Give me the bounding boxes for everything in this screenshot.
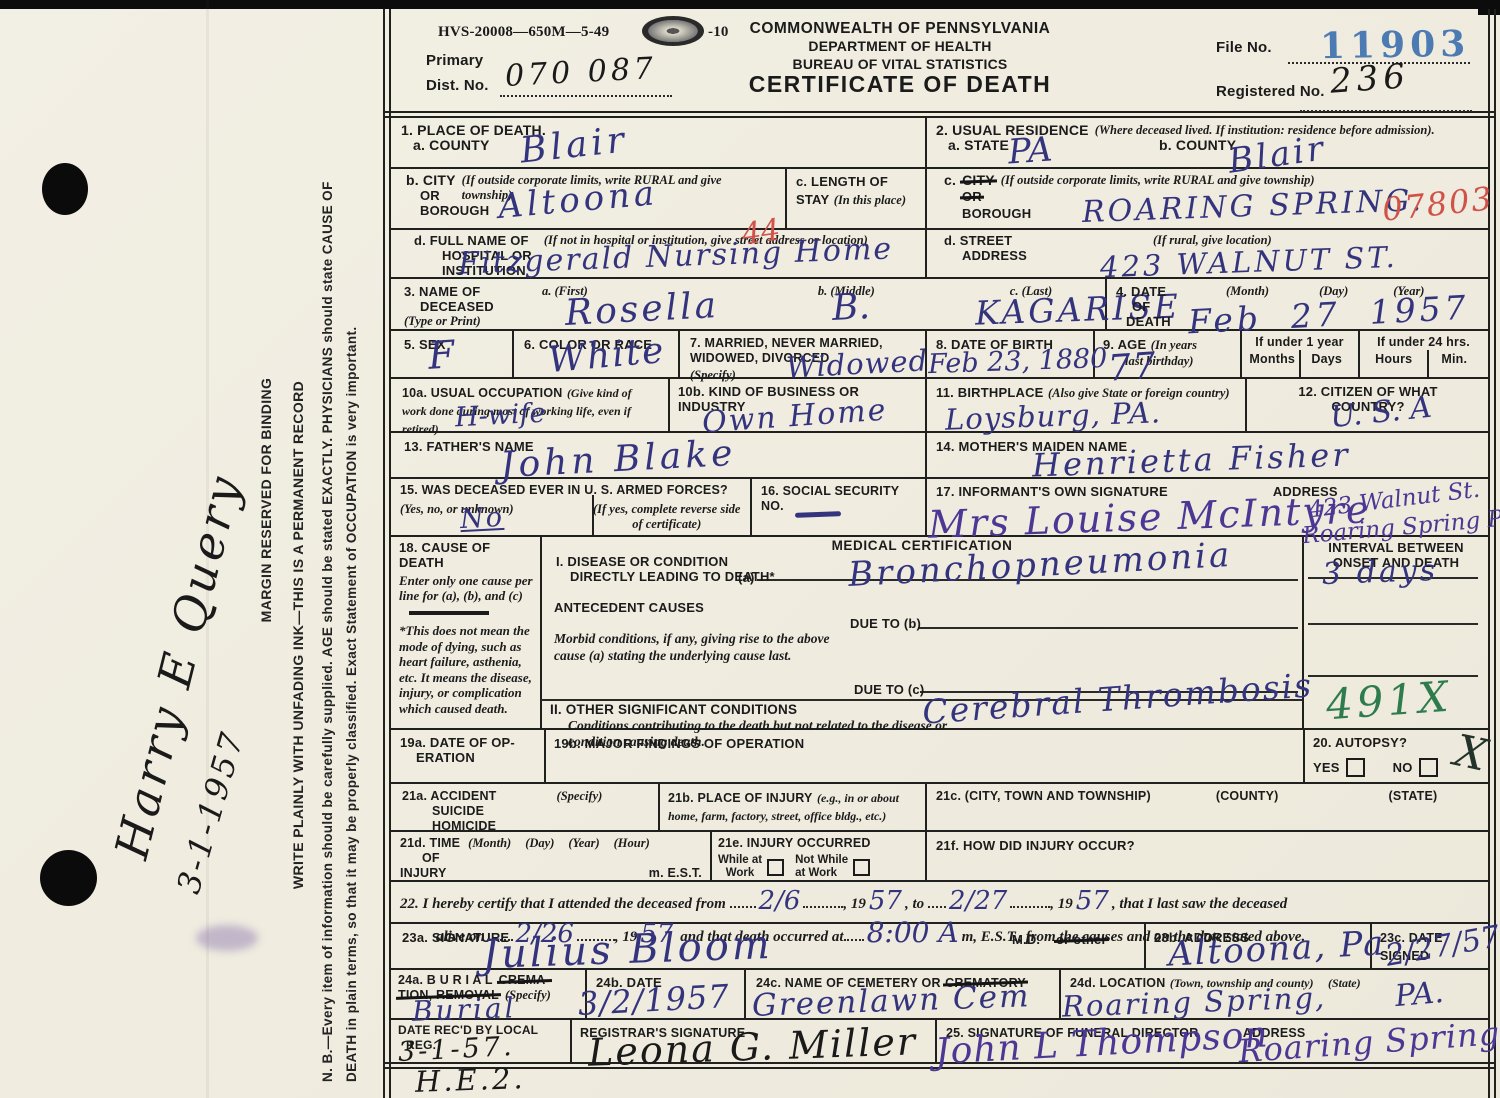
marital-value: Widowed xyxy=(785,346,928,382)
other-conditions-label: II. OTHER SIGNIFICANT CONDITIONS xyxy=(550,702,797,717)
field-cause-notes: 18. CAUSE OF DEATH Enter only one cause … xyxy=(394,538,539,728)
dist-no-value: 070 087 xyxy=(504,54,657,92)
certify-text: , 19 xyxy=(843,896,866,912)
accident-label3: HOMICIDE xyxy=(432,819,497,834)
due-to-c-label: DUE TO (c) xyxy=(854,682,924,697)
file-no-label: File No. xyxy=(1216,39,1272,56)
name-heading2: DECEASED xyxy=(420,299,534,314)
field-injury-place: 21b. PLACE OF INJURY (e.g., in or about … xyxy=(662,786,922,830)
rule xyxy=(678,329,680,377)
injury-while-label2: Work xyxy=(718,867,762,880)
date-received-extra: H.E.2. xyxy=(415,1064,527,1097)
disease-label: I. DISEASE OR CONDITION xyxy=(556,554,775,569)
registered-no-leader xyxy=(1300,98,1472,112)
rule xyxy=(710,830,712,880)
margin-nb-note-line1: N. B.—Every item of information should b… xyxy=(320,247,335,1082)
age-min-label: Min. xyxy=(1424,352,1484,367)
field-certify-statement: 22. I hereby certify that I attended the… xyxy=(396,884,1488,922)
physician-md-label: M.D. xyxy=(1012,932,1040,947)
injury-occurred-label: 21e. INJURY OCCURRED xyxy=(718,836,918,851)
autopsy-yes-label: YES xyxy=(1313,760,1340,775)
rule xyxy=(570,1018,572,1062)
rule xyxy=(544,728,546,782)
operation-findings-label: 19b. MAJOR FINDINGS OF OPERATION xyxy=(554,736,804,751)
cause-note1: Enter only one cause per line for (a), (… xyxy=(399,574,534,603)
injury-time-month: (Month) xyxy=(468,836,511,851)
state-seal-icon xyxy=(642,16,704,46)
punch-hole xyxy=(42,163,88,215)
sex-value: F xyxy=(427,335,456,375)
injury-time-label: 21d. TIME xyxy=(400,836,460,851)
divider xyxy=(409,611,489,615)
certify-text: , that I last saw the deceased xyxy=(1112,896,1287,912)
field-accident: 21a. ACCIDENT SUICIDE HOMICIDE (Specify) xyxy=(396,786,654,830)
rule xyxy=(750,477,752,535)
age-hours-label: Hours xyxy=(1363,352,1424,367)
rule xyxy=(785,167,787,228)
injury-place-label: 21b. PLACE OF INJURY xyxy=(668,791,813,805)
injury-time-label2: OF xyxy=(422,851,702,866)
injury-state-label: (STATE) xyxy=(1389,789,1438,804)
burial-location-state-label: (State) xyxy=(1328,976,1361,990)
field-injury-city: 21c. (CITY, TOWN AND TOWNSHIP) (COUNTY) … xyxy=(930,786,1486,830)
interval-value: 3 days xyxy=(1322,556,1439,590)
death-certificate-scan: MARGIN RESERVED FOR BINDING WRITE PLAINL… xyxy=(0,0,1500,1098)
birthplace-value: Loysburg, PA. xyxy=(945,398,1162,435)
name-first-value: Rosella xyxy=(564,288,720,332)
scan-edge-top xyxy=(0,0,1500,9)
residence-state-label: a. STATE xyxy=(948,138,1009,153)
commonwealth-line: COMMONWEALTH OF PENNSYLVANIA xyxy=(706,21,1094,36)
rule xyxy=(744,968,746,1018)
rule xyxy=(383,9,385,1098)
rule xyxy=(391,1018,1488,1020)
field-age-under1: If under 1 year Months Days xyxy=(1243,333,1356,377)
cause-note2: *This does not mean the mode of dying, s… xyxy=(399,623,534,716)
residence-city-label: CITY xyxy=(962,173,995,188)
military-label: 15. WAS DECEASED EVER IN U. S. ARMED FOR… xyxy=(400,483,744,498)
certify-text: 22. I hereby certify that I attended the… xyxy=(400,896,726,912)
rule xyxy=(668,377,670,431)
injury-time-est: m. E.S.T. xyxy=(649,866,702,881)
injury-while-label1: While at xyxy=(718,854,762,867)
bureau-line: BUREAU OF VITAL STATISTICS xyxy=(706,57,1094,72)
physician-md-struck: or other xyxy=(1056,932,1107,947)
rule xyxy=(512,329,514,377)
margin-nb-note-line2: DEATH in plain terms, so that it may be … xyxy=(344,247,359,1082)
certify-text: , 19 xyxy=(1050,896,1073,912)
injury-how-label: 21f. HOW DID INJURY OCCUR? xyxy=(936,838,1135,853)
military-note2: (If yes, complete reverse side of certif… xyxy=(589,502,744,531)
ink-smudge xyxy=(196,925,258,951)
rule xyxy=(658,782,660,830)
cause-heading: 18. CAUSE OF DEATH xyxy=(399,540,534,570)
stay-note: (In this place) xyxy=(834,193,906,207)
leader xyxy=(928,894,946,908)
registrar-sig-value: Leona G. Miller xyxy=(587,1022,917,1071)
autopsy-no-checkbox xyxy=(1419,758,1438,777)
margin-permanent-note: WRITE PLAINLY WITH UNFADING INK—THIS IS … xyxy=(290,265,306,1005)
registered-no-value: 236 xyxy=(1329,59,1411,98)
rule xyxy=(925,116,927,277)
accident-label2: SUICIDE xyxy=(432,804,497,819)
residence-city-note: (If outside corporate limits, write RURA… xyxy=(1001,173,1315,188)
birthplace-label: 11. BIRTHPLACE xyxy=(936,385,1044,400)
age-under1-label: If under 1 year xyxy=(1245,335,1354,350)
field-military: 15. WAS DECEASED EVER IN U. S. ARMED FOR… xyxy=(396,481,748,535)
death-date-heading3: DEATH xyxy=(1126,314,1186,329)
field-age-under24: If under 24 hrs. Hours Min. xyxy=(1361,333,1486,377)
rule xyxy=(391,431,1488,433)
leader xyxy=(730,894,756,908)
rule xyxy=(389,9,391,1098)
age-months-label: Months xyxy=(1245,352,1300,367)
certify-from-value: 2/6 xyxy=(756,886,804,916)
accident-note: (Specify) xyxy=(557,789,603,834)
certify-to-year: 57 xyxy=(1073,886,1112,916)
certificate-title: CERTIFICATE OF DEATH xyxy=(706,77,1094,92)
field-operation-date: 19a. DATE OF OP- ERATION xyxy=(394,732,542,782)
physician-sig-value: Julius Bloom xyxy=(481,925,773,975)
disease-a-label: (a) xyxy=(738,570,755,585)
injury-time-hour: (Hour) xyxy=(614,836,650,851)
injury-county-label: (COUNTY) xyxy=(1216,789,1279,804)
injury-notwhile-label1: Not While xyxy=(795,854,848,867)
morbid-note: Morbid conditions, if any, giving rise t… xyxy=(554,630,859,664)
burial-struck1: CREMA- xyxy=(499,973,550,988)
field-ssn: 16. SOCIAL SECURITY NO. xyxy=(755,481,923,535)
marital-note: (Specify) xyxy=(690,368,736,382)
rule xyxy=(1245,377,1247,431)
injury-time-label3: INJURY xyxy=(400,866,447,881)
form-code-text: HVS-20008—650M—5-49 xyxy=(438,24,609,40)
leader xyxy=(803,894,843,908)
burial-date-value: 3/2/1957 xyxy=(577,980,730,1020)
name-heading: 3. NAME OF xyxy=(404,284,534,299)
operation-date-label2: ERATION xyxy=(416,750,536,765)
rule xyxy=(1358,329,1360,377)
autopsy-no-label: NO xyxy=(1393,760,1413,775)
rule xyxy=(1303,728,1305,782)
ssn-label: 16. SOCIAL SECURITY xyxy=(761,484,917,499)
cause-code-value: 491X xyxy=(1325,676,1454,727)
residence-street-label: d. STREET xyxy=(944,233,1027,248)
residence-street-label2: ADDRESS xyxy=(962,248,1027,263)
name-heading-note: (Type or Print) xyxy=(404,314,534,329)
physician-addr-value: Altoona, Pa xyxy=(1167,926,1386,971)
injury-time-year: (Year) xyxy=(568,836,599,851)
age-under24-label: If under 24 hrs. xyxy=(1363,335,1484,350)
punch-hole xyxy=(40,850,97,906)
antecedent-label: ANTECEDENT CAUSES xyxy=(554,600,704,615)
field-length-of-stay: c. LENGTH OF STAY (In this place) xyxy=(790,170,925,226)
death-date-heading2: OF xyxy=(1132,299,1186,314)
leader xyxy=(1010,894,1050,908)
field-place-of-death: 1. PLACE OF DEATH. a. COUNTY xyxy=(395,120,915,165)
rule xyxy=(383,116,1496,118)
age-note: (In years xyxy=(1151,338,1197,352)
certify-to-value: 2/27 xyxy=(946,886,1010,916)
field-operation-findings: 19b. MAJOR FINDINGS OF OPERATION xyxy=(548,732,1298,782)
mother-value: Henrietta Fisher xyxy=(1032,438,1352,481)
interval-label: INTERVAL BETWEEN xyxy=(1307,540,1485,555)
injury-city-label: 21c. (CITY, TOWN AND TOWNSHIP) xyxy=(936,789,1151,804)
field-injury-occurred: 21e. INJURY OCCURRED While at Work Not W… xyxy=(714,834,922,880)
not-while-at-work-checkbox xyxy=(853,859,870,876)
age-days-label: Days xyxy=(1300,352,1355,367)
autopsy-yes-checkbox xyxy=(1346,758,1365,777)
death-date-heading: 4. DATE xyxy=(1116,284,1186,299)
rule xyxy=(925,782,927,880)
department-line: DEPARTMENT OF HEALTH xyxy=(706,39,1094,54)
certify-from-year: 57 xyxy=(866,886,905,916)
military-value: No xyxy=(459,504,504,533)
certify-text: , to xyxy=(905,896,924,912)
burial-label: 24a. B U R I A L xyxy=(398,973,493,988)
residence-city-prefix: c. xyxy=(944,173,956,188)
birth-date-value: Feb 23, 1880 xyxy=(928,345,1108,378)
due-to-b-label: DUE TO (b) xyxy=(850,616,921,631)
place-of-death-heading: 1. PLACE OF DEATH. xyxy=(401,123,909,138)
residence-city-or: OR xyxy=(962,189,982,204)
place-county-label: a. COUNTY xyxy=(413,138,909,153)
agency-block: COMMONWEALTH OF PENNSYLVANIA DEPARTMENT … xyxy=(700,18,1100,113)
name-middle-value: B. xyxy=(831,289,871,327)
field-injury-time: 21d. TIME (Month) (Day) (Year) (Hour) OF… xyxy=(396,834,706,880)
field-injury-how: 21f. HOW DID INJURY OCCUR? xyxy=(930,834,1486,880)
rule xyxy=(391,782,1488,784)
residence-county-label: b. COUNTY xyxy=(1159,138,1236,153)
injury-time-day: (Day) xyxy=(525,836,554,851)
burial-location-state-value: PA. xyxy=(1394,978,1445,1012)
occupation-value: H-wife xyxy=(454,400,546,432)
injury-notwhile-label2: at Work xyxy=(795,867,848,880)
accident-label: 21a. ACCIDENT xyxy=(402,789,497,804)
while-at-work-checkbox xyxy=(767,859,784,876)
race-value: White xyxy=(547,333,667,379)
residence-state-value: PA xyxy=(1007,132,1054,169)
operation-date-label: 19a. DATE OF OP- xyxy=(400,735,536,750)
